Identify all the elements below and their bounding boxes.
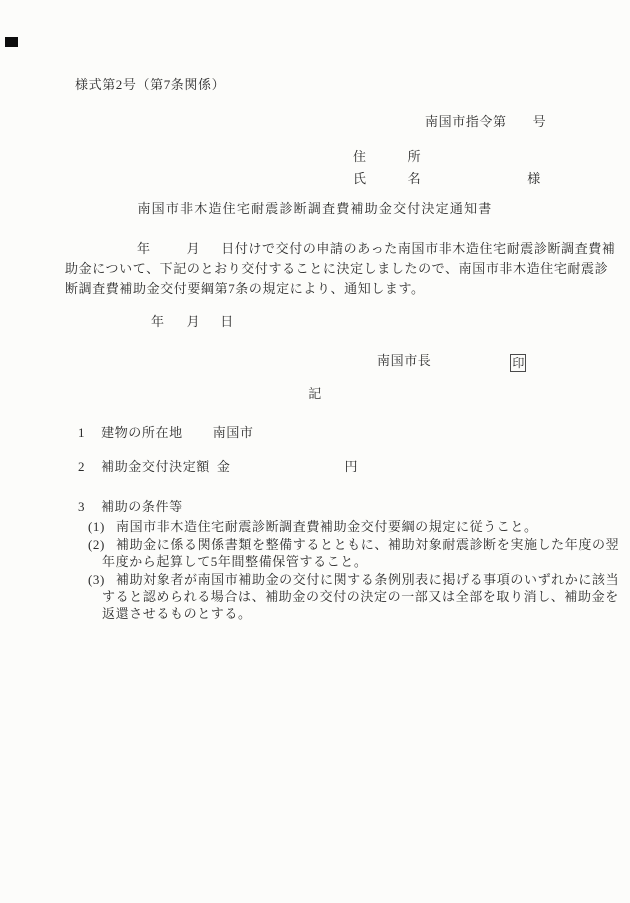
date-year-label: 年	[151, 314, 165, 329]
condition-3-number: (3)	[88, 572, 105, 587]
date-day-label: 日	[220, 314, 234, 329]
issue-date-line: 年月日	[65, 314, 234, 330]
item-3-number: 3	[78, 499, 85, 514]
item-1-value: 南国市	[213, 425, 254, 440]
item-2-currency-prefix: 金	[217, 459, 231, 474]
date-month-label: 月	[187, 314, 201, 329]
recipient-name-line: 氏名様	[353, 171, 541, 187]
condition-1: (1)南国市非木造住宅耐震診断調査費補助金交付要綱の規定に従うこと。	[88, 519, 538, 535]
name-label-left: 氏	[353, 171, 367, 186]
item-2-label: 補助金交付決定額	[101, 459, 210, 474]
item-1-label: 建物の所在地	[101, 425, 183, 440]
body-month-label: 月	[187, 241, 201, 256]
condition-1-text: 南国市非木造住宅耐震診断調査費補助金交付要綱の規定に従うこと。	[116, 519, 538, 534]
condition-1-number: (1)	[88, 519, 105, 534]
item-3-label: 補助の条件等	[101, 499, 183, 514]
condition-3-line-2: すると認められる場合は、補助金の交付の決定の一部又は全部を取り消し、補助金を	[102, 589, 619, 605]
honorific-label: 様	[527, 171, 541, 186]
address-label-right: 所	[408, 149, 422, 164]
document-page: 様式第2号（第7条関係） 南国市指令第号 住所 氏名様 南国市非木造住宅耐震診断…	[0, 0, 630, 903]
document-title: 南国市非木造住宅耐震診断調査費補助金交付決定通知書	[0, 201, 630, 217]
condition-3-text-1: 補助対象者が南国市補助金の交付に関する条例別表に掲げる事項のいずれかに該当	[116, 572, 619, 587]
condition-2-line-1: (2)補助金に係る関係書類を整備するとともに、補助対象耐震診断を実施した年度の翌	[88, 537, 619, 553]
form-number: 様式第2号（第7条関係）	[75, 77, 225, 93]
scan-artifact-mark	[5, 37, 18, 47]
directive-number-line: 南国市指令第号	[425, 114, 546, 130]
condition-3-line-1: (3)補助対象者が南国市補助金の交付に関する条例別表に掲げる事項のいずれかに該当	[88, 572, 619, 588]
directive-label: 南国市指令第	[425, 114, 507, 129]
item-2-currency-unit: 円	[345, 459, 359, 474]
directive-unit: 号	[533, 114, 547, 129]
item-grant-amount: 2補助金交付決定額金円	[78, 459, 358, 475]
item-conditions: 3補助の条件等	[78, 499, 183, 515]
body-line-1-text: 日付けで交付の申請のあった南国市非木造住宅耐震診断調査費補	[221, 241, 615, 256]
condition-2-number: (2)	[88, 537, 105, 552]
body-line-2: 助金について、下記のとおり交付することに決定しましたので、南国市非木造住宅耐震診	[65, 261, 608, 277]
condition-3-line-3: 返還させるものとする。	[102, 606, 252, 622]
item-2-number: 2	[78, 459, 85, 474]
body-line-3: 断調査費補助金交付要綱第7条の規定により、通知します。	[65, 281, 425, 297]
condition-2-line-2: 年度から起算して5年間整備保管すること。	[102, 554, 368, 570]
condition-2-text-1: 補助金に係る関係書類を整備するとともに、補助対象耐震診断を実施した年度の翌	[116, 537, 619, 552]
body-year-label: 年	[137, 241, 151, 256]
body-line-1: 年月日付けで交付の申請のあった南国市非木造住宅耐震診断調査費補	[65, 241, 616, 257]
section-mark: 記	[0, 386, 630, 402]
name-label-right: 名	[408, 171, 422, 186]
mayor-label: 南国市長	[377, 353, 431, 368]
mayor-line: 南国市長印	[377, 353, 526, 372]
recipient-address-line: 住所	[353, 149, 421, 165]
address-label-left: 住	[353, 149, 367, 164]
item-building-location: 1建物の所在地南国市	[78, 425, 254, 441]
seal-stamp: 印	[510, 354, 526, 372]
item-1-number: 1	[78, 425, 85, 440]
